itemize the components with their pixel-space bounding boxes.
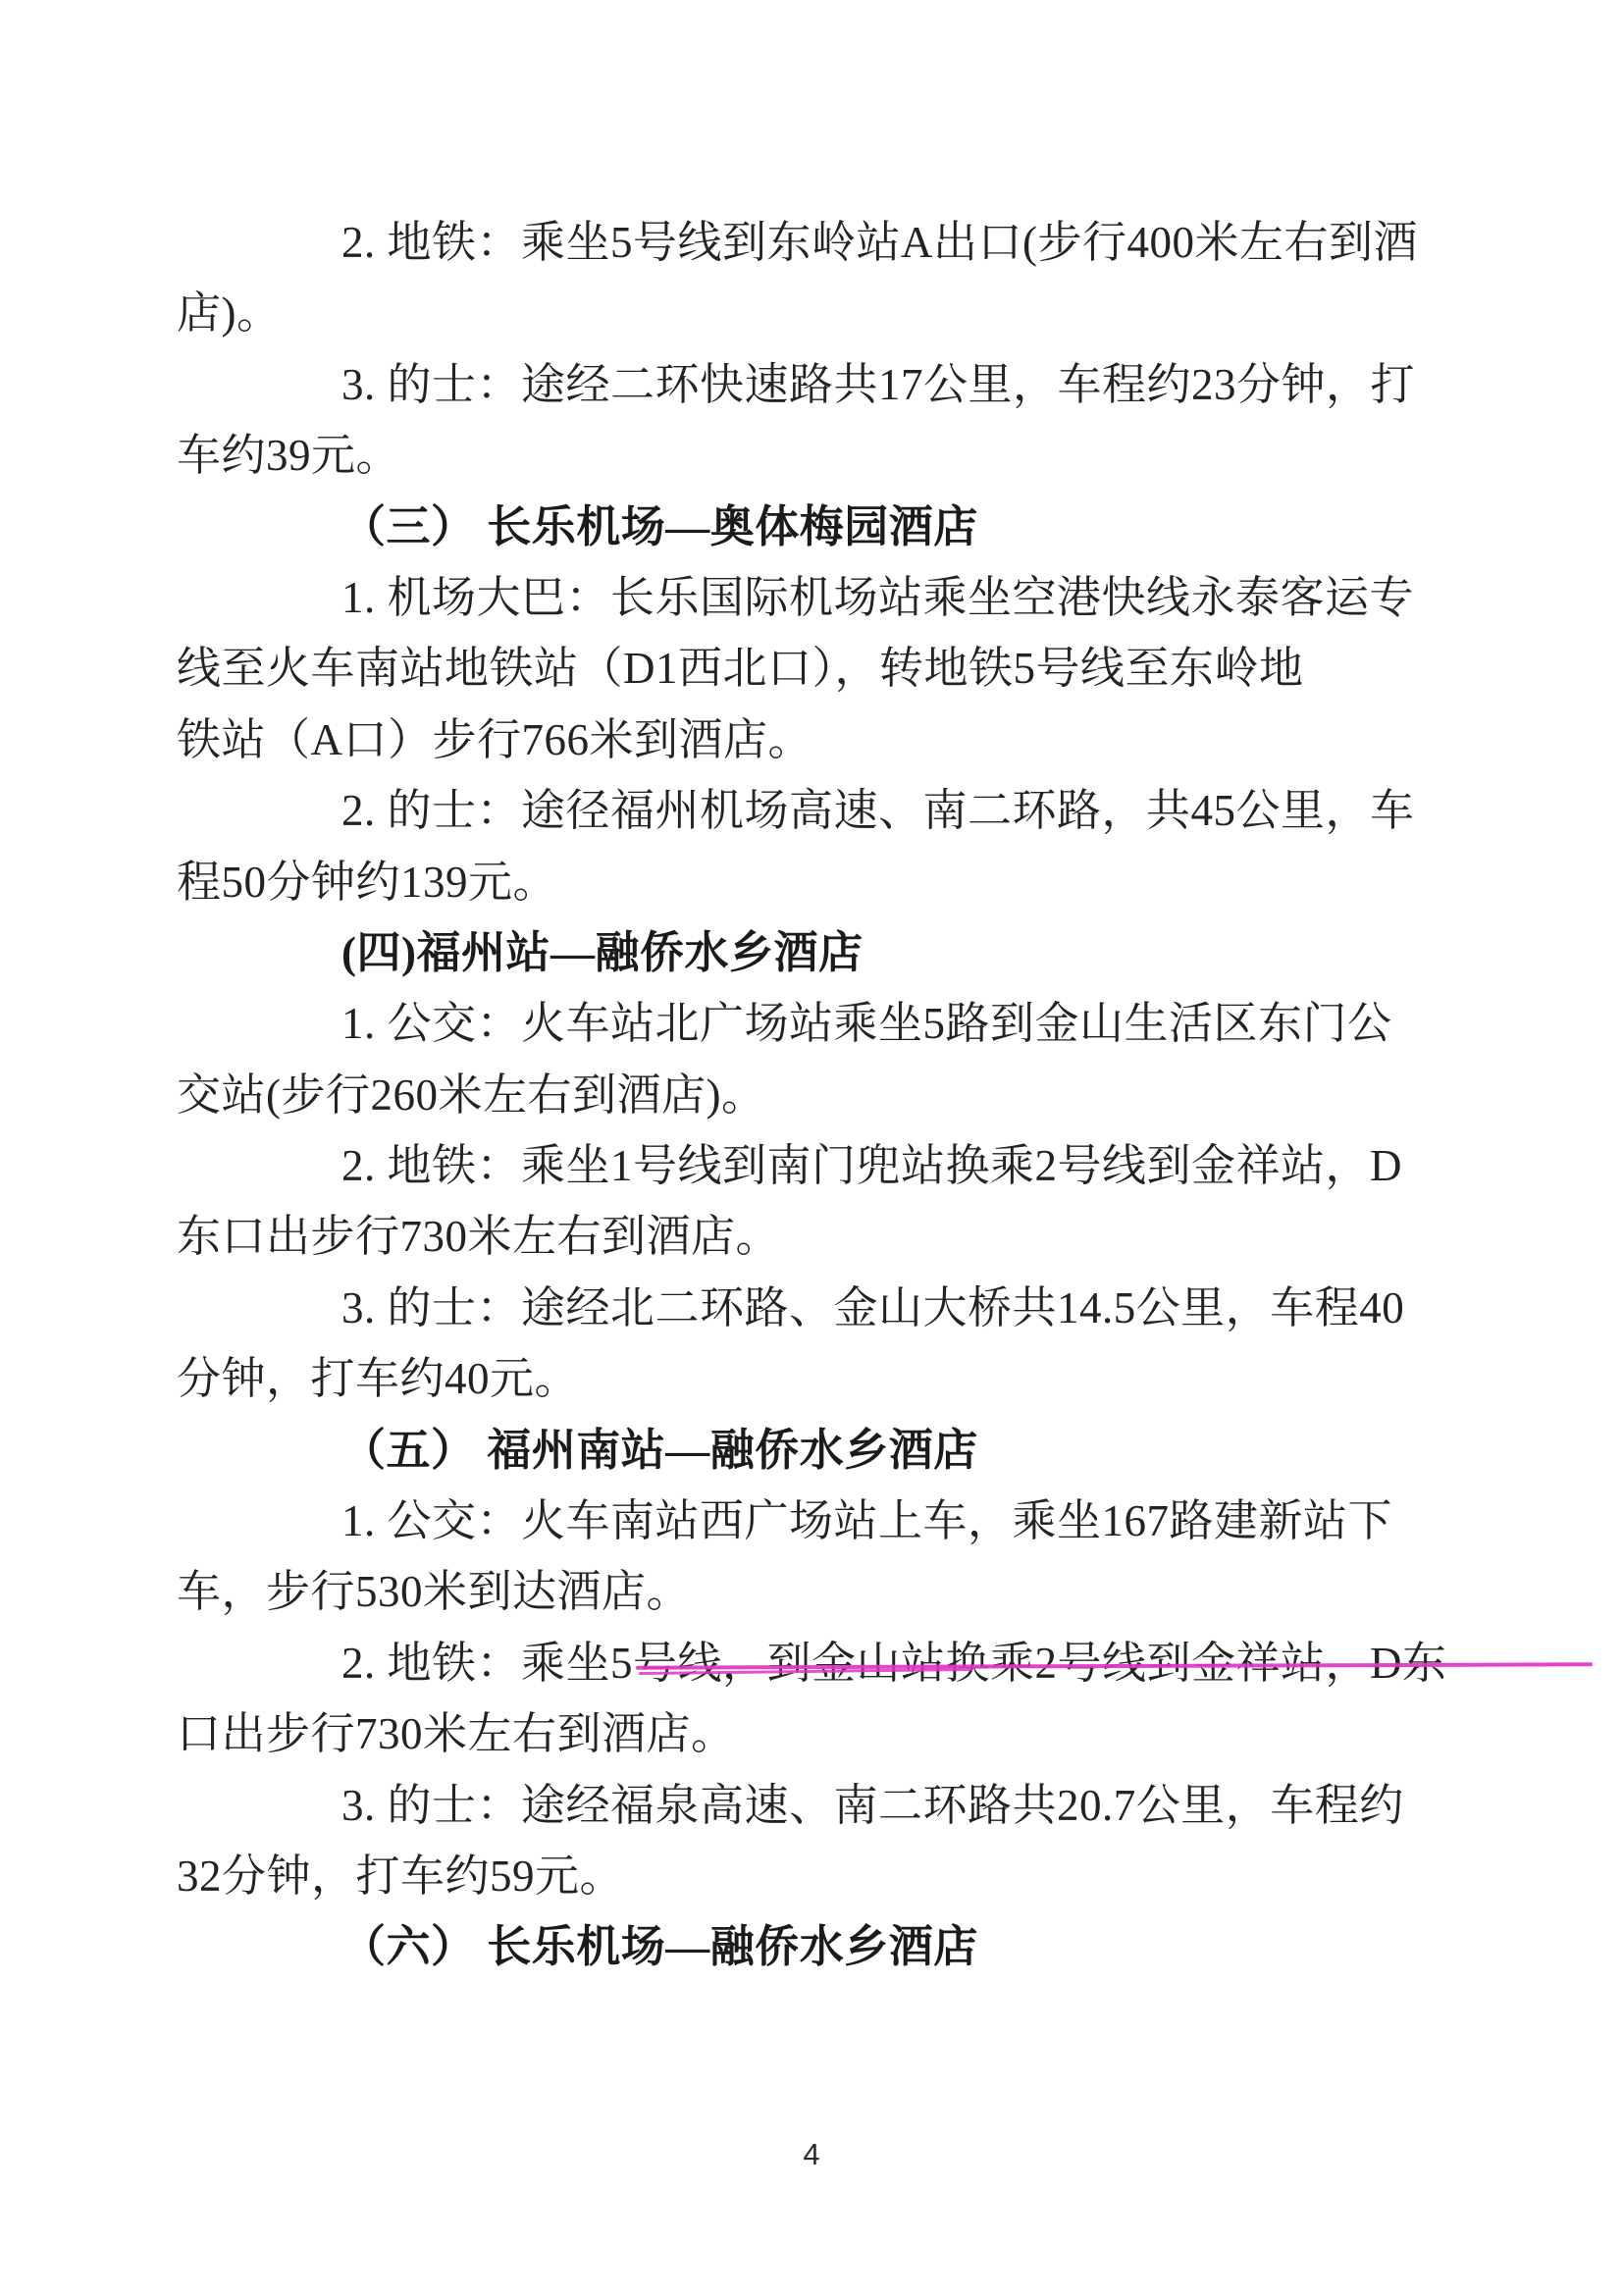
text-line: 2. 地铁：乘坐5号线，到金山站换乘2号线到金祥站，D东: [177, 1628, 1467, 1698]
text-line: 车，步行530米到达酒店。: [177, 1556, 1467, 1627]
document-body: 2. 地铁：乘坐5号线到东岭站A出口(步行400米左右到酒店)。3. 的士：途经…: [177, 207, 1467, 1983]
section-heading: (四)福州站—融侨水乡酒店: [177, 917, 1467, 988]
text-line: 1. 公交：火车站北广场站乘坐5路到金山生活区东门公: [177, 988, 1467, 1059]
page-number: 4: [0, 2137, 1623, 2172]
text-line: 2. 地铁：乘坐5号线到东岭站A出口(步行400米左右到酒: [177, 207, 1467, 278]
text-line: 2. 地铁：乘坐1号线到南门兜站换乘2号线到金祥站，D: [177, 1130, 1467, 1201]
text-line: 1. 公交：火车南站西广场站上车，乘坐167路建新站下: [177, 1486, 1467, 1556]
text-line: 3. 的士：途经二环快速路共17公里，车程约23分钟，打: [177, 349, 1467, 420]
text-line: 程50分钟约139元。: [177, 847, 1467, 917]
text-line: 32分钟，打车约59元。: [177, 1841, 1467, 1911]
text-line: 车约39元。: [177, 420, 1467, 491]
text-line: 3. 的士：途经福泉高速、南二环路共20.7公里，车程约: [177, 1770, 1467, 1841]
text-line: 1. 机场大巴：长乐国际机场站乘坐空港快线永泰客运专: [177, 562, 1467, 633]
text-line: 2. 的士：途径福州机场高速、南二环路，共45公里，车: [177, 775, 1467, 846]
text-line: 口出步行730米左右到酒店。: [177, 1698, 1467, 1769]
section-heading: （三） 长乐机场—奥体梅园酒店: [177, 492, 1467, 562]
text-line: 东口出步行730米左右到酒店。: [177, 1201, 1467, 1272]
document-page: 2. 地铁：乘坐5号线到东岭站A出口(步行400米左右到酒店)。3. 的士：途经…: [0, 0, 1623, 2296]
text-line: 店)。: [177, 278, 1467, 348]
text-line: 分钟，打车约40元。: [177, 1343, 1467, 1414]
text-line: 线至火车南站地铁站（D1西北口），转地铁5号线至东岭地: [177, 633, 1467, 704]
section-heading: （六） 长乐机场—融侨水乡酒店: [177, 1911, 1467, 1982]
text-line: 铁站（A口）步行766米到酒店。: [177, 704, 1467, 775]
text-line: 3. 的士：途经北二环路、金山大桥共14.5公里，车程40: [177, 1273, 1467, 1343]
text-line: 交站(步行260米左右到酒店)。: [177, 1060, 1467, 1130]
section-heading: （五） 福州南站—融侨水乡酒店: [177, 1415, 1467, 1486]
